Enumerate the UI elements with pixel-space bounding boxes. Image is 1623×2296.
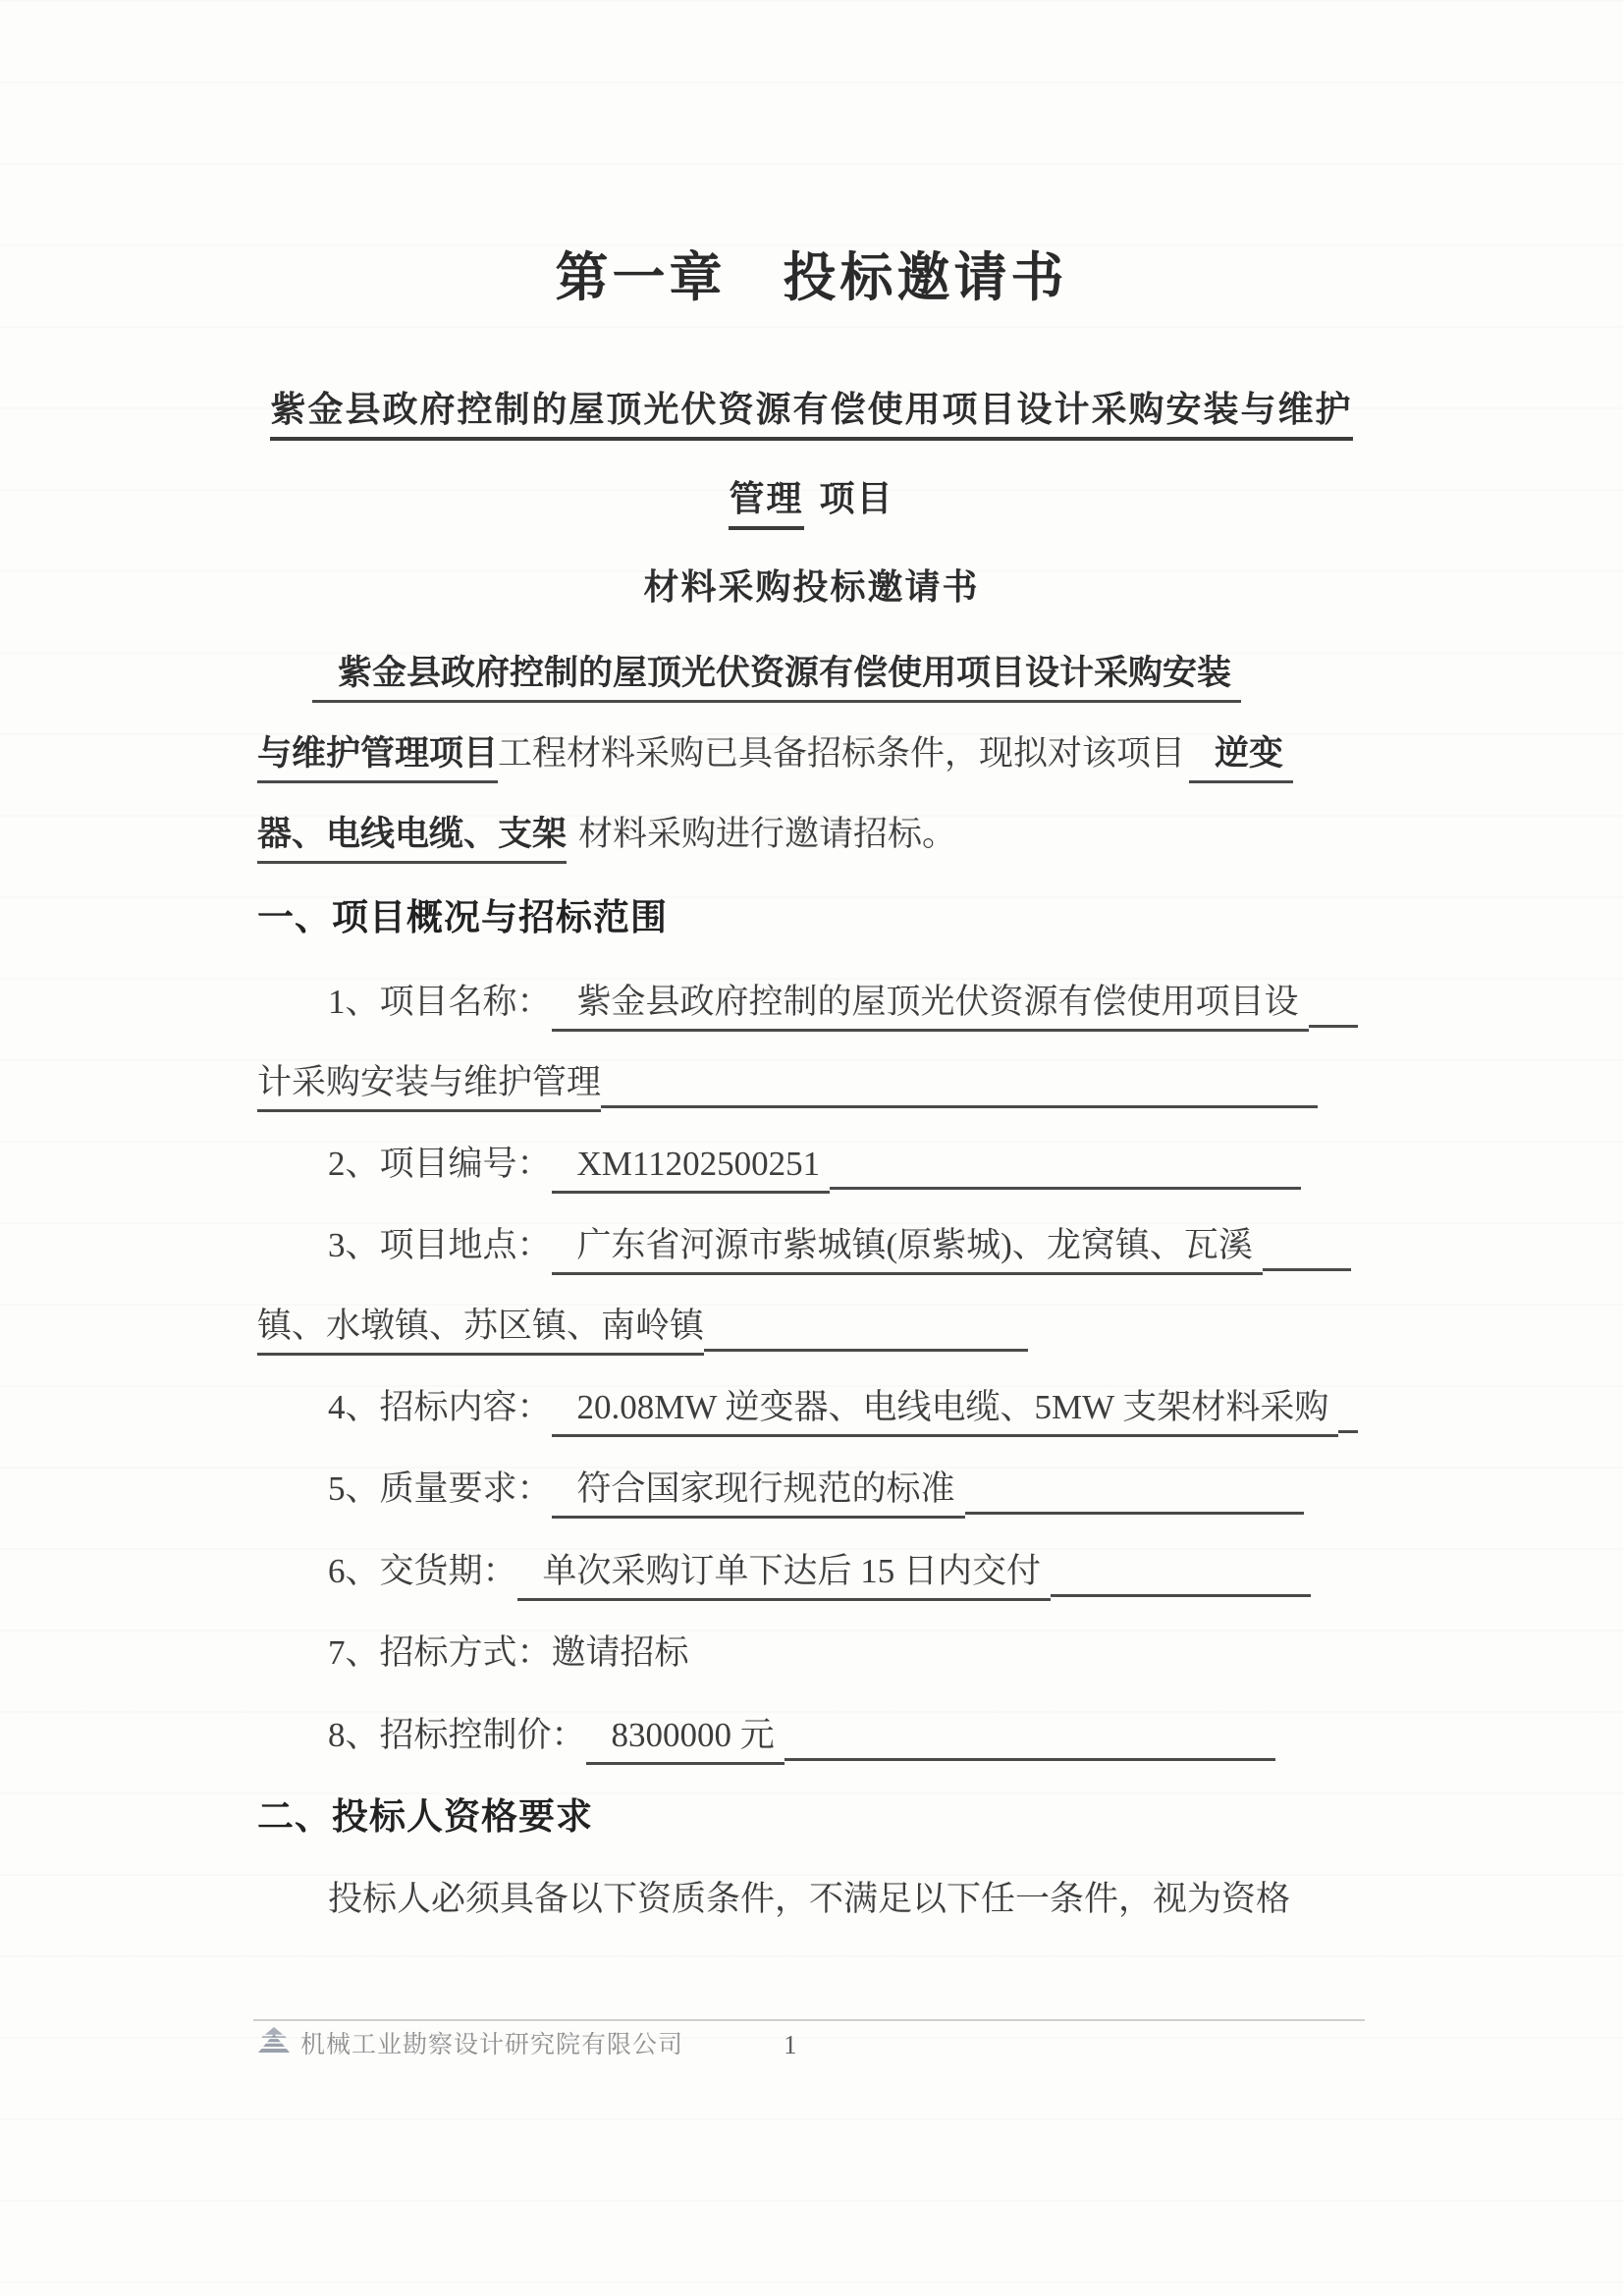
intro-materials-bold-cont: 器、电线电缆、支架 — [257, 812, 567, 864]
item-value: 8300000 元 — [586, 1713, 784, 1765]
underline-fill — [830, 1175, 1301, 1190]
item-value-continued: 镇、水墩镇、苏区镇、南岭镇 — [257, 1304, 704, 1356]
item-value: 邀请招标 — [552, 1633, 689, 1672]
project-title-line2-rest: 项目 — [820, 478, 894, 518]
project-title-line1-text: 紫金县政府控制的屋顶光伏资源有偿使用项目设计采购安装与维护 — [270, 389, 1352, 441]
footer-divider — [253, 2019, 1365, 2021]
underline-fill — [601, 1094, 1318, 1108]
section1-heading: 一、项目概况与招标范围 — [257, 895, 668, 940]
project-title-line1: 紫金县政府控制的屋顶光伏资源有偿使用项目设计采购安装与维护 — [0, 389, 1623, 441]
item-value-continued: 计采购安装与维护管理 — [257, 1060, 601, 1112]
underline-fill — [965, 1500, 1304, 1515]
intro-project-name-bold-cont: 与维护管理项目 — [257, 731, 498, 783]
project-title-line2: 管理项目 — [0, 478, 1623, 530]
item-quality-requirement: 5、质量要求：符合国家现行规范的标准 — [257, 1467, 1304, 1519]
item-tender-content: 4、招标内容：20.08MW 逆变器、电线电缆、5MW 支架材料采购 — [257, 1385, 1358, 1437]
item-tender-control-price: 8、招标控制价：8300000 元 — [257, 1713, 1275, 1765]
intro-text-end: 材料采购进行邀请招标。 — [578, 815, 956, 853]
item-label: 4、招标内容： — [328, 1388, 552, 1426]
qualification-text: 投标人必须具备以下资质条件，不满足以下任一条件，视为资格 — [328, 1880, 1290, 1918]
item-project-location: 3、项目地点：广东省河源市紫城镇(原紫城)、龙窝镇、瓦溪 — [257, 1223, 1351, 1275]
item-value: 符合国家现行规范的标准 — [552, 1467, 965, 1519]
item-value: 20.08MW 逆变器、电线电缆、5MW 支架材料采购 — [552, 1385, 1339, 1437]
qualification-paragraph: 投标人必须具备以下资质条件，不满足以下任一条件，视为资格 — [257, 1877, 1290, 1922]
company-name: 机械工业勘察设计研究院有限公司 — [300, 2029, 683, 2062]
intro-text: 工程材料采购已具备招标条件，现拟对该项目 — [498, 734, 1185, 773]
item-project-name: 1、项目名称：紫金县政府控制的屋顶光伏资源有偿使用项目设 — [257, 980, 1358, 1032]
item-label: 6、交货期： — [328, 1552, 517, 1590]
item-label: 1、项目名称： — [328, 983, 552, 1021]
item-label: 8、招标控制价： — [328, 1716, 586, 1754]
underline-fill — [1309, 1013, 1358, 1028]
item-project-location-line2: 镇、水墩镇、苏区镇、南岭镇 — [257, 1304, 1028, 1356]
company-logo-icon — [257, 2026, 291, 2065]
item-value: 紫金县政府控制的屋顶光伏资源有偿使用项目设 — [552, 980, 1309, 1032]
underline-fill — [1263, 1256, 1351, 1271]
section2-heading: 二、投标人资格要求 — [257, 1794, 593, 1840]
underline-fill — [1338, 1418, 1358, 1433]
item-tender-method: 7、招标方式：邀请招标 — [257, 1630, 689, 1676]
intro-line2: 与维护管理项目工程材料采购已具备招标条件，现拟对该项目逆变 — [257, 731, 1293, 783]
underline-fill — [1051, 1582, 1311, 1597]
tender-doc-title-text: 材料采购投标邀请书 — [643, 566, 979, 607]
document-page: 第一章 投标邀请书 紫金县政府控制的屋顶光伏资源有偿使用项目设计采购安装与维护 … — [0, 0, 1623, 2296]
item-delivery-period: 6、交货期：单次采购订单下达后 15 日内交付 — [257, 1549, 1311, 1601]
page-number: 1 — [784, 2030, 797, 2060]
item-value: 单次采购订单下达后 15 日内交付 — [517, 1549, 1052, 1601]
chapter-title: 第一章 投标邀请书 — [0, 247, 1623, 308]
intro-project-name-bold: 紫金县政府控制的屋顶光伏资源有偿使用项目设计采购安装 — [312, 651, 1241, 703]
item-label: 5、质量要求： — [328, 1469, 552, 1508]
item-project-name-line2: 计采购安装与维护管理 — [257, 1060, 1318, 1112]
project-title-line2-underlined: 管理 — [729, 478, 803, 530]
item-value: 广东省河源市紫城镇(原紫城)、龙窝镇、瓦溪 — [552, 1223, 1263, 1275]
intro-materials-bold: 逆变 — [1189, 731, 1293, 783]
underline-fill — [784, 1746, 1275, 1761]
item-value: XM11202500251 — [552, 1142, 831, 1194]
underline-fill — [704, 1337, 1028, 1352]
footer: 机械工业勘察设计研究院有限公司 — [257, 2026, 683, 2065]
item-label: 2、项目编号： — [328, 1145, 552, 1183]
item-label: 7、招标方式： — [328, 1633, 552, 1672]
item-project-number: 2、项目编号：XM11202500251 — [257, 1142, 1301, 1194]
tender-doc-title: 材料采购投标邀请书 — [0, 566, 1623, 608]
item-label: 3、项目地点： — [328, 1226, 552, 1264]
intro-line3: 器、电线电缆、支架材料采购进行邀请招标。 — [257, 812, 956, 864]
intro-line1: 紫金县政府控制的屋顶光伏资源有偿使用项目设计采购安装 — [257, 651, 1241, 703]
